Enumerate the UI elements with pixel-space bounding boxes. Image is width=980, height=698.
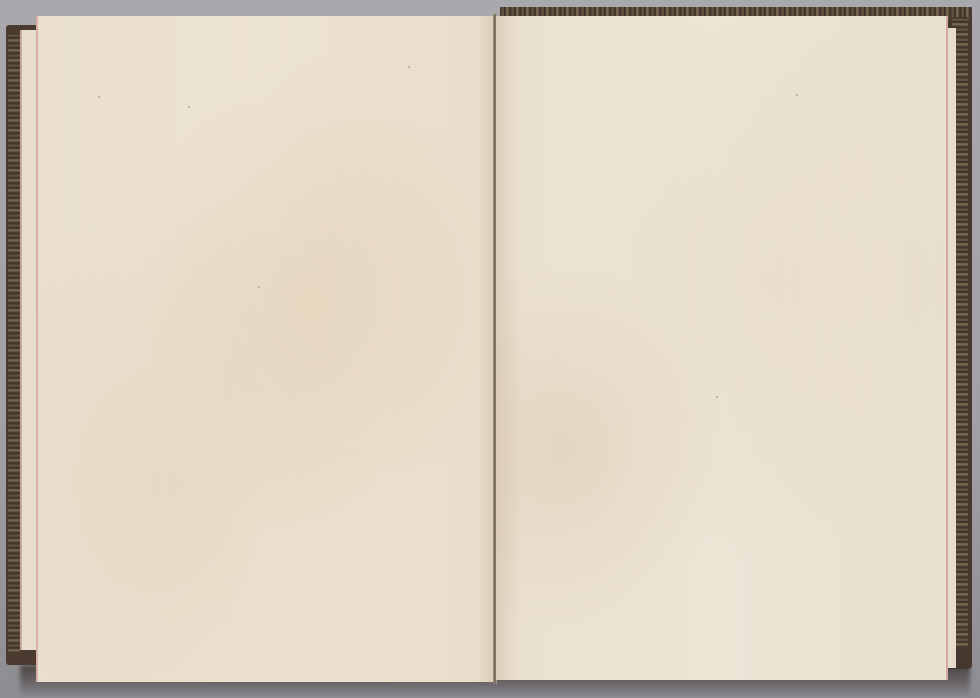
paper-speck — [796, 94, 798, 96]
book-photo — [0, 0, 980, 698]
paper-speck — [188, 106, 190, 108]
right-page — [496, 16, 948, 680]
left-marbled-edge — [8, 33, 20, 653]
paper-speck — [716, 396, 718, 398]
paper-speck — [98, 96, 100, 98]
paper-speck — [408, 66, 410, 68]
left-page — [36, 16, 496, 682]
paper-speck — [258, 286, 260, 288]
